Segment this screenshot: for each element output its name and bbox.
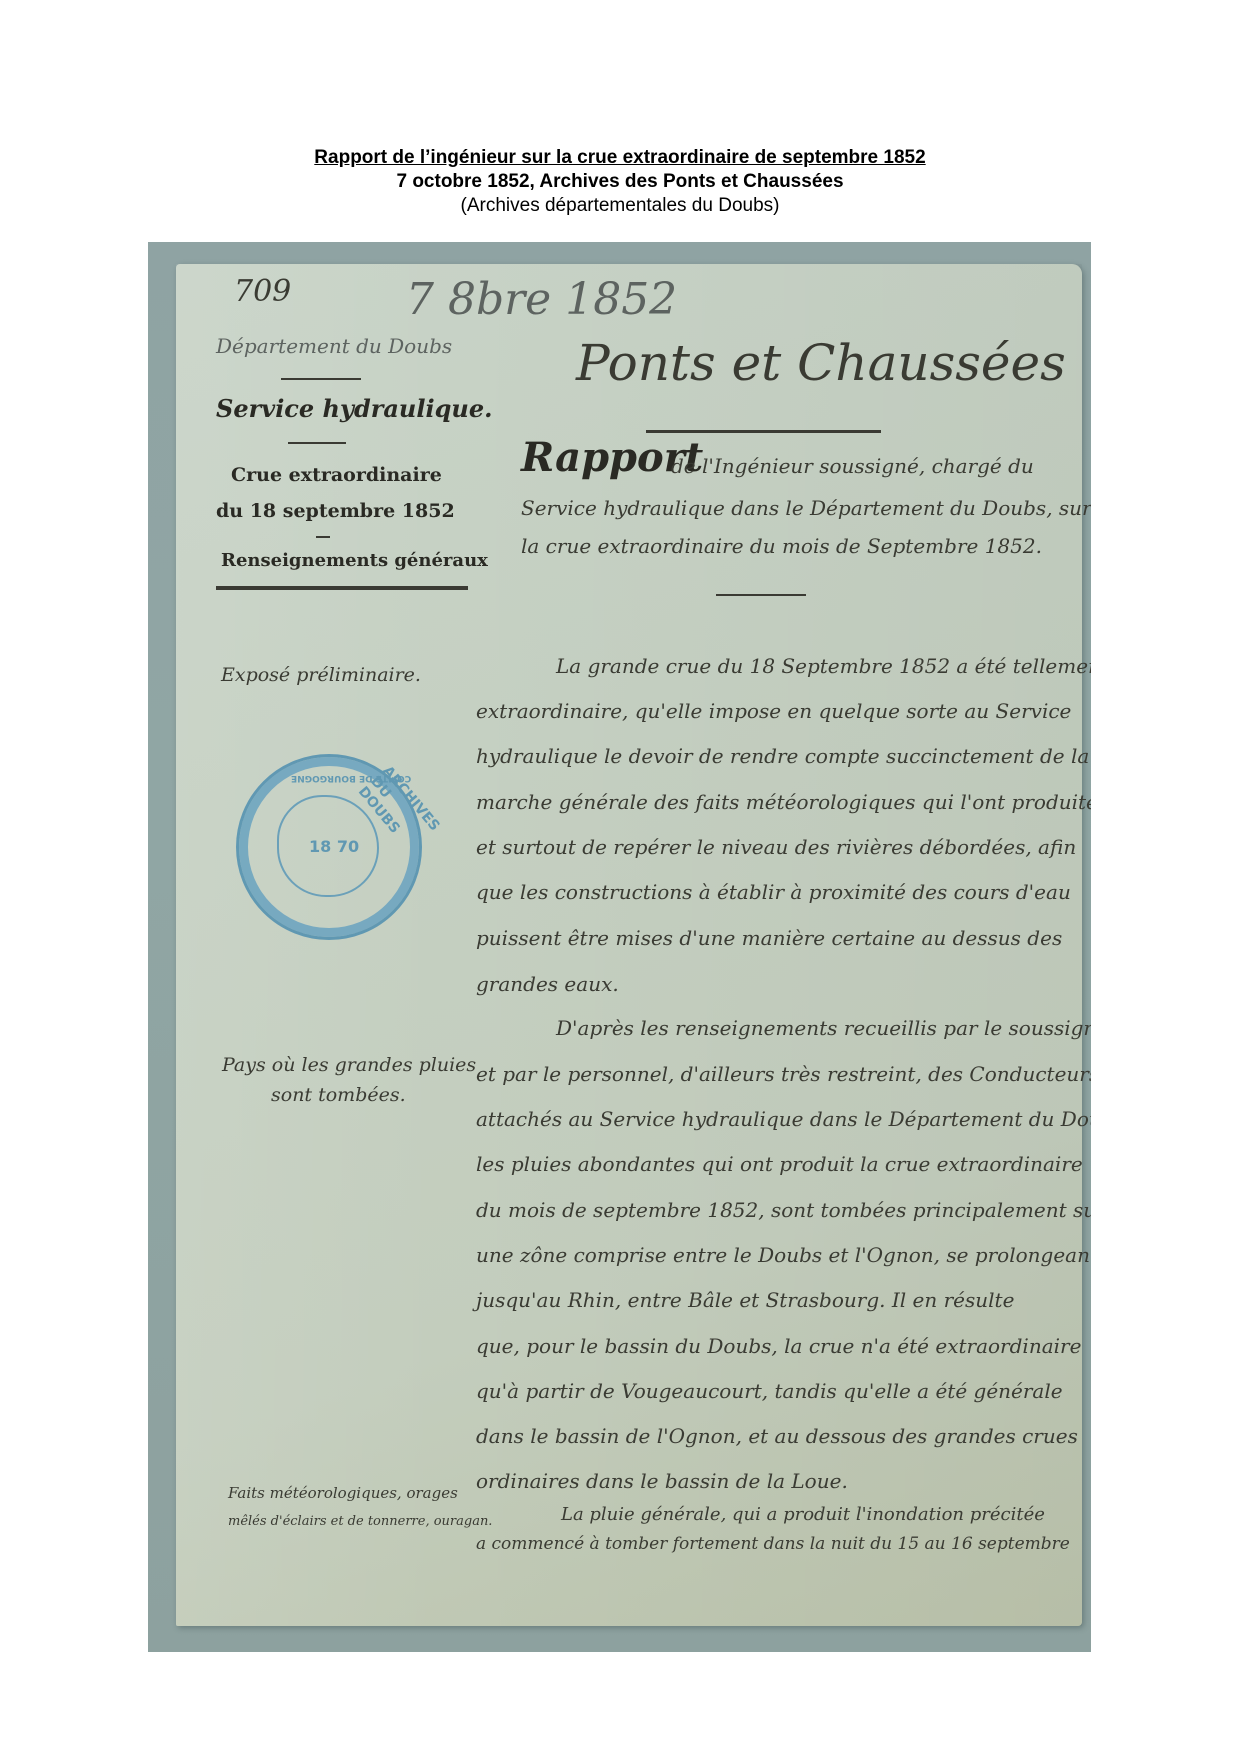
stamp-numbers: 18 70 xyxy=(309,837,359,856)
margin-note-preliminary: Exposé préliminaire. xyxy=(221,664,421,686)
margin-department: Département du Doubs xyxy=(216,334,452,358)
body-line: les pluies abondantes qui ont produit la… xyxy=(476,1152,1083,1176)
margin-note-rain-2: sont tombées. xyxy=(271,1084,406,1106)
manuscript-sheet: 709 7 8bre 1852 Ponts et Chaussées Dépar… xyxy=(176,264,1082,1626)
letterhead: Ponts et Chaussées xyxy=(576,334,1066,392)
body-line: que les constructions à établir à proxim… xyxy=(476,880,1071,904)
margin-note-rain-1: Pays où les grandes pluies xyxy=(222,1054,476,1076)
document-header: Rapport de l’ingénieur sur la crue extra… xyxy=(0,146,1240,218)
document-title: Rapport de l’ingénieur sur la crue extra… xyxy=(0,146,1240,170)
margin-note-weather-2: mêlés d'éclairs et de tonnerre, ouragan. xyxy=(228,1514,492,1529)
body-line: ordinaires dans le bassin de la Loue. xyxy=(476,1469,848,1493)
body-line: a commencé à tomber fortement dans la nu… xyxy=(476,1534,1070,1554)
margin-subject-2: du 18 septembre 1852 xyxy=(216,500,455,522)
margin-section: Renseignements généraux xyxy=(221,550,488,571)
body-line: qu'à partir de Vougeaucourt, tandis qu'e… xyxy=(476,1379,1063,1403)
margin-note-weather-1: Faits météorologiques, orages xyxy=(228,1484,458,1502)
body-line: La pluie générale, qui a produit l'inond… xyxy=(561,1504,1045,1525)
body-line: grandes eaux. xyxy=(476,972,619,996)
report-title-line-1: de l'Ingénieur soussigné, chargé du xyxy=(671,454,1034,478)
manuscript-photo: 709 7 8bre 1852 Ponts et Chaussées Dépar… xyxy=(148,242,1091,1652)
body-line: et par le personnel, d'ailleurs très res… xyxy=(476,1062,1091,1086)
report-title-line-2: Service hydraulique dans le Département … xyxy=(521,496,1091,520)
archives-stamp: ARCHIVES DU DOUBS COMTÉ DE BOURGOGNE 18 … xyxy=(236,754,422,940)
body-line: dans le bassin de l'Ognon, et au dessous… xyxy=(476,1424,1078,1448)
letterhead-rule xyxy=(646,430,881,433)
body-line: extraordinaire, qu'elle impose en quelqu… xyxy=(476,699,1071,723)
body-line: attachés au Service hydraulique dans le … xyxy=(476,1107,1091,1131)
body-line: du mois de septembre 1852, sont tombées … xyxy=(476,1198,1091,1222)
margin-subject-1: Crue extraordinaire xyxy=(231,464,442,486)
document-subtitle: 7 octobre 1852, Archives des Ponts et Ch… xyxy=(0,170,1240,194)
folio-number: 709 xyxy=(234,274,291,309)
stamp-inner-text: COMTÉ DE BOURGOGNE xyxy=(291,773,411,783)
margin-service: Service hydraulique. xyxy=(216,394,492,423)
body-line: hydraulique le devoir de rendre compte s… xyxy=(476,744,1089,768)
report-title-line-3: la crue extraordinaire du mois de Septem… xyxy=(521,534,1042,558)
body-line: La grande crue du 18 Septembre 1852 a ét… xyxy=(556,654,1091,678)
body-line: D'après les renseignements recueillis pa… xyxy=(556,1016,1091,1040)
body-line: puissent être mises d'une manière certai… xyxy=(476,926,1062,950)
body-line: que, pour le bassin du Doubs, la crue n'… xyxy=(476,1334,1081,1358)
document-source: (Archives départementales du Doubs) xyxy=(0,194,1240,218)
body-line: marche générale des faits météorologique… xyxy=(476,790,1091,814)
body-line: une zône comprise entre le Doubs et l'Og… xyxy=(476,1243,1091,1267)
body-line: et surtout de repérer le niveau des rivi… xyxy=(476,835,1076,859)
body-line: jusqu'au Rhin, entre Bâle et Strasbourg.… xyxy=(476,1288,1014,1312)
pencil-date: 7 8bre 1852 xyxy=(406,274,677,325)
